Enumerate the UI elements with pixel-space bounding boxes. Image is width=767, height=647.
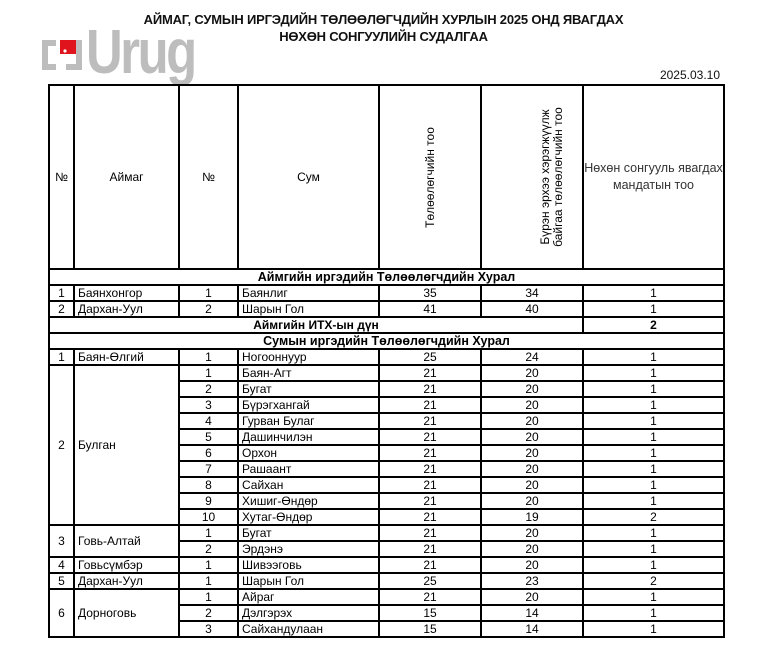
header-representatives: Төлөөлөгчийн тоо — [379, 85, 481, 269]
mandates-count: 1 — [583, 285, 724, 301]
active-count: 20 — [481, 589, 583, 605]
mandates-count: 1 — [583, 493, 724, 509]
sum-name: Баянлиг — [238, 285, 379, 301]
sum-no: 4 — [179, 413, 238, 429]
table-row: 2Булган1Баян-Агт21201 — [49, 365, 724, 381]
active-count: 34 — [481, 285, 583, 301]
mandates-count: 1 — [583, 605, 724, 621]
sum-no: 2 — [179, 605, 238, 621]
representatives-count: 21 — [379, 493, 481, 509]
mandates-count: 1 — [583, 541, 724, 557]
sum-name: Шарын Гол — [238, 301, 379, 317]
row-no: 2 — [49, 365, 74, 525]
sum-no: 6 — [179, 445, 238, 461]
active-count: 20 — [481, 541, 583, 557]
active-count: 23 — [481, 573, 583, 589]
header-active-representatives: Бүрэн эрхээ хэрэгжүүлжбайгаа төлөөлөгчий… — [481, 85, 583, 269]
aimag-name: Дорноговь — [74, 589, 179, 637]
sum-name: Баян-Агт — [238, 365, 379, 381]
aimag-name: Говь-Алтай — [74, 525, 179, 557]
row-no: 1 — [49, 349, 74, 365]
mandates-count: 1 — [583, 429, 724, 445]
sum-name: Ногооннуур — [238, 349, 379, 365]
sum-no: 1 — [179, 285, 238, 301]
sum-name: Дашинчилэн — [238, 429, 379, 445]
table-row: 1Баян-Өлгий1Ногооннуур25241 — [49, 349, 724, 365]
sum-no: 2 — [179, 541, 238, 557]
representatives-count: 21 — [379, 429, 481, 445]
sum-name: Бүрэгхангай — [238, 397, 379, 413]
sum-no: 1 — [179, 589, 238, 605]
mandates-count: 1 — [583, 349, 724, 365]
sum-name: Айраг — [238, 589, 379, 605]
active-count: 19 — [481, 509, 583, 525]
mandates-count: 1 — [583, 301, 724, 317]
mandates-count: 1 — [583, 381, 724, 397]
mandates-count: 1 — [583, 397, 724, 413]
active-count: 20 — [481, 397, 583, 413]
active-count: 40 — [481, 301, 583, 317]
representatives-count: 21 — [379, 557, 481, 573]
active-count: 24 — [481, 349, 583, 365]
sum-name: Дэлгэрэх — [238, 605, 379, 621]
sum-no: 9 — [179, 493, 238, 509]
mandates-count: 1 — [583, 365, 724, 381]
election-table: № Аймаг № Сум Төлөөлөгчийн тоо Бүрэн эрх… — [48, 84, 725, 638]
representatives-count: 21 — [379, 589, 481, 605]
sum-name: Шарын Гол — [238, 573, 379, 589]
active-count: 20 — [481, 461, 583, 477]
aimag-name: Дархан-Уул — [74, 573, 179, 589]
representatives-count: 25 — [379, 573, 481, 589]
table-row: 3Говь-Алтай1Бугат21201 — [49, 525, 724, 541]
row-no: 5 — [49, 573, 74, 589]
representatives-count: 21 — [379, 477, 481, 493]
sum-no: 5 — [179, 429, 238, 445]
sum-name: Сайхандулаан — [238, 621, 379, 637]
table-row: 6Дорноговь1Айраг21201 — [49, 589, 724, 605]
sum-no: 1 — [179, 573, 238, 589]
representatives-count: 21 — [379, 461, 481, 477]
sum-name: Бугат — [238, 525, 379, 541]
representatives-count: 15 — [379, 605, 481, 621]
sum-no: 3 — [179, 397, 238, 413]
aimag-name: Говьсүмбэр — [74, 557, 179, 573]
row-no: 6 — [49, 589, 74, 637]
active-count: 20 — [481, 365, 583, 381]
aimag-name: Дархан-Уул — [74, 301, 179, 317]
active-count: 20 — [481, 557, 583, 573]
representatives-count: 21 — [379, 413, 481, 429]
aimag-total-value: 2 — [583, 317, 724, 333]
header-mandates: Нөхөн сонгууль явагдах мандатын тоо — [583, 85, 724, 269]
representatives-count: 21 — [379, 397, 481, 413]
active-count: 14 — [481, 621, 583, 637]
sum-name: Рашаант — [238, 461, 379, 477]
row-no: 3 — [49, 525, 74, 557]
header-no: № — [49, 85, 74, 269]
representatives-count: 21 — [379, 445, 481, 461]
sum-name: Хутаг-Өндөр — [238, 509, 379, 525]
representatives-count: 21 — [379, 541, 481, 557]
logo-wordmark: Urug — [86, 18, 195, 88]
active-count: 20 — [481, 477, 583, 493]
section-sum-title: Сумын иргэдийн Төлөөлөгчдийн Хурал — [49, 333, 724, 349]
representatives-count: 15 — [379, 621, 481, 637]
urug-logo: Urug — [40, 32, 200, 86]
table-row: 4Говьсүмбэр1Шивээговь21201 — [49, 557, 724, 573]
document-date: 2025.03.10 — [660, 68, 720, 82]
representatives-count: 25 — [379, 349, 481, 365]
representatives-count: 21 — [379, 525, 481, 541]
sum-no: 1 — [179, 365, 238, 381]
sum-no: 1 — [179, 557, 238, 573]
sum-name: Гурван Булаг — [238, 413, 379, 429]
mandates-count: 1 — [583, 445, 724, 461]
row-no: 2 — [49, 301, 74, 317]
row-no: 1 — [49, 285, 74, 301]
active-count: 20 — [481, 445, 583, 461]
sum-name: Шивээговь — [238, 557, 379, 573]
representatives-count: 41 — [379, 301, 481, 317]
section-aimag-title: Аймгийн иргэдийн Төлөөлөгчдийн Хурал — [49, 269, 724, 285]
table-row: 1Баянхонгор1Баянлиг35341 — [49, 285, 724, 301]
sum-no: 2 — [179, 301, 238, 317]
representatives-count: 35 — [379, 285, 481, 301]
representatives-count: 21 — [379, 509, 481, 525]
sum-name: Хишиг-Өндөр — [238, 493, 379, 509]
header-sum: Сум — [238, 85, 379, 269]
mandates-count: 1 — [583, 589, 724, 605]
mandates-count: 2 — [583, 509, 724, 525]
representatives-count: 21 — [379, 381, 481, 397]
active-count: 20 — [481, 381, 583, 397]
logo-bracket-icon — [40, 38, 84, 72]
header-row: № Аймаг № Сум Төлөөлөгчийн тоо Бүрэн эрх… — [49, 85, 724, 269]
sum-name: Эрдэнэ — [238, 541, 379, 557]
sum-no: 1 — [179, 525, 238, 541]
active-count: 20 — [481, 413, 583, 429]
aimag-name: Баян-Өлгий — [74, 349, 179, 365]
header-aimag: Аймаг — [74, 85, 179, 269]
table-row: 5Дархан-Уул1Шарын Гол25232 — [49, 573, 724, 589]
aimag-total-row: Аймгийн ИТХ-ын дүн2 — [49, 317, 724, 333]
sum-name: Орхон — [238, 445, 379, 461]
aimag-name: Булган — [74, 365, 179, 525]
sum-no: 3 — [179, 621, 238, 637]
active-count: 20 — [481, 429, 583, 445]
sum-no: 10 — [179, 509, 238, 525]
header-no2: № — [179, 85, 238, 269]
sum-name: Бугат — [238, 381, 379, 397]
mandates-count: 1 — [583, 413, 724, 429]
representatives-count: 21 — [379, 365, 481, 381]
sum-section-title: Сумын иргэдийн Төлөөлөгчдийн Хурал — [49, 333, 724, 349]
mandates-count: 1 — [583, 621, 724, 637]
mandates-count: 1 — [583, 461, 724, 477]
active-count: 20 — [481, 493, 583, 509]
mandates-count: 1 — [583, 525, 724, 541]
active-count: 14 — [481, 605, 583, 621]
sum-no: 2 — [179, 381, 238, 397]
table-row: 2Дархан-Уул2Шарын Гол41401 — [49, 301, 724, 317]
mandates-count: 2 — [583, 573, 724, 589]
aimag-name: Баянхонгор — [74, 285, 179, 301]
mandates-count: 1 — [583, 557, 724, 573]
sum-no: 7 — [179, 461, 238, 477]
row-no: 4 — [49, 557, 74, 573]
mandates-count: 1 — [583, 477, 724, 493]
active-count: 20 — [481, 525, 583, 541]
sum-no: 1 — [179, 349, 238, 365]
aimag-total-label: Аймгийн ИТХ-ын дүн — [49, 317, 583, 333]
sum-no: 8 — [179, 477, 238, 493]
sum-name: Сайхан — [238, 477, 379, 493]
